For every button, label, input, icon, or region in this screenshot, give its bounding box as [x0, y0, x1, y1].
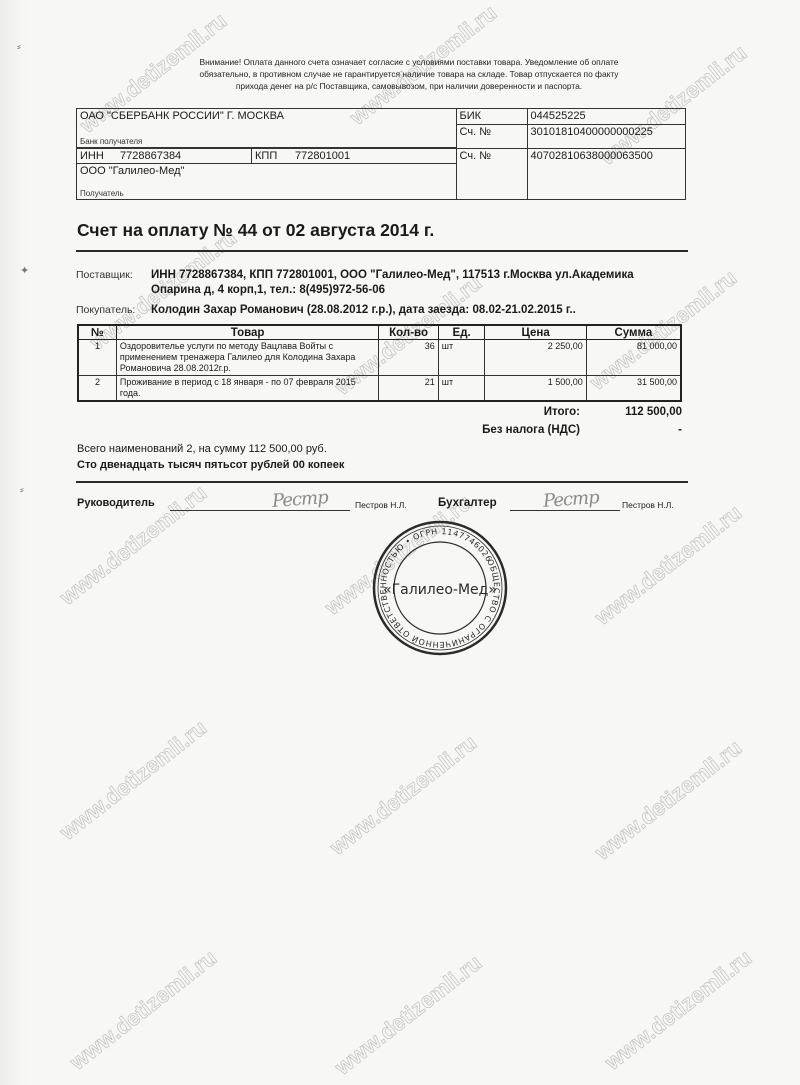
watermark: www.detizemli.ru — [55, 715, 212, 846]
row-price: 1 500,00 — [485, 376, 586, 402]
col-header-unit: Ед. — [438, 325, 485, 340]
row-product: Проживание в период с 18 января - по 07 … — [116, 376, 379, 402]
bank-name: ОАО "СБЕРБАНК РОССИИ" Г. МОСКВА — [80, 110, 453, 122]
recipient-caption: Получатель — [80, 189, 124, 198]
corr-account-value: 30101810400000000225 — [527, 125, 685, 149]
items-count-summary: Всего наименований 2, на сумму 112 500,0… — [77, 443, 327, 455]
row-unit: шт — [438, 376, 485, 402]
watermark: www.detizemli.ru — [590, 735, 747, 866]
bank-name-cell: ОАО "СБЕРБАНК РОССИИ" Г. МОСКВА Банк пол… — [77, 109, 457, 148]
inn-cell: ИНН7728867384 — [77, 149, 252, 164]
vat-label: Без налога (НДС) — [420, 424, 600, 442]
stamp-center-text: «Галилео-Мед» — [383, 582, 497, 598]
inn-label: ИНН — [80, 150, 120, 162]
buyer-details: Колодин Захар Романович (28.08.2012 г.р.… — [151, 303, 686, 318]
recipient-cell: ООО "Галилео-Мед" Получатель — [77, 164, 457, 200]
watermark: www.detizemli.ru — [600, 945, 757, 1076]
accountant-label: Бухгалтер — [438, 497, 497, 509]
items-table: № Товар Кол-во Ед. Цена Сумма 1 Оздорови… — [77, 324, 682, 402]
title-divider — [76, 250, 688, 252]
total-value: 112 500,00 — [600, 406, 682, 424]
row-number: 2 — [78, 376, 116, 402]
account-value: 40702810638000063500 — [527, 149, 685, 200]
accountant-name: Пестров Н.Л. — [622, 500, 674, 510]
row-product: Оздоровителье услуги по методу Вацлава В… — [116, 340, 379, 376]
supplier-block: Поставщик:ИНН 7728867384, КПП 772801001,… — [76, 268, 686, 298]
scan-hole-mark-icon: ⸗ — [20, 484, 24, 496]
company-stamp-icon: ОБЩЕСТВО С ОГРАНИЧЕННОЙ ОТВЕТСТВЕННОСТЬЮ… — [370, 518, 510, 658]
summary-divider — [76, 481, 688, 483]
vat-row: Без налога (НДС) - — [420, 424, 682, 442]
row-qty: 21 — [379, 376, 438, 402]
watermark: www.detizemli.ru — [330, 950, 487, 1081]
col-header-product: Товар — [116, 325, 379, 340]
buyer-block: Покупатель:Колодин Захар Романович (28.0… — [76, 303, 686, 318]
accountant-signature: Pecmp — [542, 487, 599, 512]
director-signature-line — [170, 510, 350, 511]
bik-value: 044525225 — [527, 109, 685, 125]
director-role: Руководитель — [77, 497, 155, 509]
row-number: 1 — [78, 340, 116, 376]
director-name: Пестров Н.Л. — [355, 500, 407, 510]
col-header-qty: Кол-во — [379, 325, 438, 340]
total-row: Итого: 112 500,00 — [420, 406, 682, 424]
row-price: 2 250,00 — [485, 340, 586, 376]
invoice-page: ⸗ ✦ ⸗ www.detizemli.ru www.detizemli.ru … — [0, 0, 800, 1085]
notice-line: Внимание! Оплата данного счета означает … — [118, 56, 700, 68]
director-label: Руководитель — [77, 497, 155, 509]
notice-line: прихода денег на р/с Поставщика, самовыв… — [118, 80, 700, 92]
scan-hole-mark-icon: ✦ — [20, 264, 29, 277]
inn-value: 7728867384 — [120, 150, 181, 162]
director-signature: Pecmp — [271, 487, 328, 512]
total-label: Итого: — [420, 406, 600, 424]
kpp-label: КПП — [255, 150, 295, 162]
scan-edge-shadow — [0, 0, 28, 1085]
invoice-title: Счет на оплату № 44 от 02 августа 2014 г… — [77, 220, 434, 241]
scan-hole-mark-icon: ⸗ — [17, 41, 21, 53]
row-unit: шт — [438, 340, 485, 376]
row-qty: 36 — [379, 340, 438, 376]
accountant-role: Бухгалтер — [438, 497, 497, 509]
col-header-number: № — [78, 325, 116, 340]
row-sum: 81 000,00 — [586, 340, 681, 376]
notice-line: обязательно, в противном случае не гаран… — [118, 68, 700, 80]
bank-details-table: ОАО "СБЕРБАНК РОССИИ" Г. МОСКВА Банк пол… — [76, 108, 686, 200]
col-header-sum: Сумма — [586, 325, 681, 340]
supplier-details: ИНН 7728867384, КПП 772801001, ООО "Гали… — [151, 268, 686, 298]
watermark: www.detizemli.ru — [325, 730, 482, 861]
bik-label: БИК — [456, 109, 527, 125]
account-label: Сч. № — [456, 149, 527, 200]
totals-block: Итого: 112 500,00 Без налога (НДС) - — [420, 406, 682, 442]
table-row: 1 Оздоровителье услуги по методу Вацлава… — [78, 340, 681, 376]
supplier-line: Опарина д, 4 корп,1, тел.: 8(495)972-56-… — [151, 284, 385, 296]
recipient-name: ООО "Галилео-Мед" — [80, 165, 453, 177]
payment-notice: Внимание! Оплата данного счета означает … — [118, 56, 700, 92]
kpp-value: 772801001 — [295, 150, 350, 162]
buyer-label: Покупатель: — [76, 303, 151, 318]
bank-caption: Банк получателя — [80, 137, 142, 146]
kpp-cell: КПП772801001 — [252, 149, 457, 164]
corr-account-label: Сч. № — [456, 125, 527, 149]
col-header-price: Цена — [485, 325, 586, 340]
supplier-line: ИНН 7728867384, КПП 772801001, ООО "Гали… — [151, 269, 634, 281]
watermark: www.detizemli.ru — [590, 500, 747, 631]
amount-in-words: Сто двенадцать тысяч пятьсот рублей 00 к… — [77, 459, 344, 471]
table-row: 2 Проживание в период с 18 января - по 0… — [78, 376, 681, 402]
items-header-row: № Товар Кол-во Ед. Цена Сумма — [78, 325, 681, 340]
vat-value: - — [600, 424, 682, 442]
watermark: www.detizemli.ru — [65, 945, 222, 1076]
row-sum: 31 500,00 — [586, 376, 681, 402]
supplier-label: Поставщик: — [76, 268, 151, 283]
